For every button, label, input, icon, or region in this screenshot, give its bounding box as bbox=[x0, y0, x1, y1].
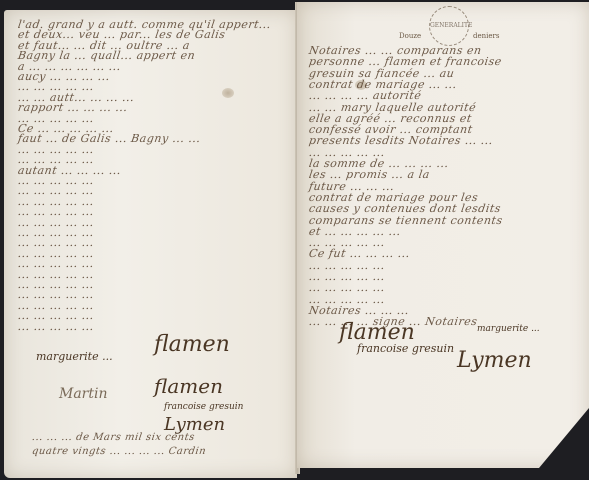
header-deniers: deniers bbox=[473, 32, 499, 40]
signature-marguerite: marguerite ... bbox=[36, 350, 113, 363]
closing-line-2: quatre vingts ... ... ... ... Cardin bbox=[31, 446, 207, 457]
torn-corner bbox=[539, 408, 589, 468]
right-page: Douze deniers GENERALITE Notaires ... ..… bbox=[297, 2, 589, 468]
manuscript-line: ... ... ... ... ... bbox=[17, 320, 95, 333]
ink-stain bbox=[222, 88, 234, 98]
signature-lymen: Lymen bbox=[457, 348, 532, 373]
signature-marguerite: marguerite ... bbox=[477, 324, 540, 334]
signature-flamen-2: flamen bbox=[154, 374, 223, 398]
signature-francoise: francoise gresuin bbox=[357, 342, 454, 355]
signature-martin: Martin bbox=[59, 386, 108, 402]
left-page: l'ad. grand y a autt. comme qu'il appert… bbox=[4, 10, 297, 478]
signature-flamen-1: flamen bbox=[154, 332, 230, 357]
tax-stamp: GENERALITE bbox=[429, 6, 469, 46]
signature-francoise: francoise gresuin bbox=[164, 402, 243, 412]
header-douze: Douze bbox=[399, 32, 421, 40]
closing-line-1: ... ... ... de Mars mil six cents bbox=[31, 432, 195, 443]
